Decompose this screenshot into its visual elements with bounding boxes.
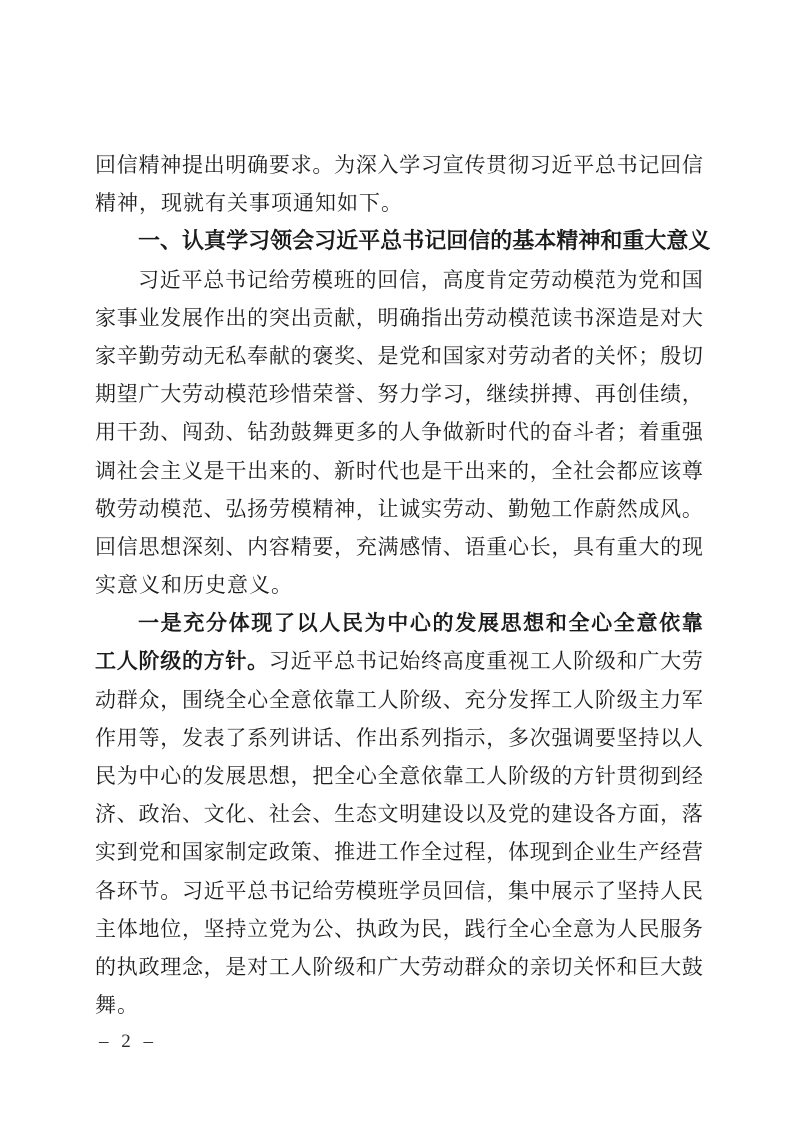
glyph: 容 [269,528,290,566]
glyph: 近 [551,146,572,184]
glyph: 劳 [443,490,464,528]
glyph: 模 [356,872,377,910]
glyph: 想 [269,757,290,795]
glyph: 动 [182,337,203,375]
glyph: 深 [356,146,377,184]
glyph: 舞 [312,413,333,451]
glyph: 是 [161,604,182,642]
glyph: 持 [638,719,659,757]
glyph: 、 [312,452,333,490]
glyph: 视 [508,642,529,680]
glyph: 是 [378,337,399,375]
glyph: 明 [225,146,246,184]
glyph: 新 [464,413,485,451]
glyph: 强 [682,413,703,451]
glyph: 佳 [638,375,659,413]
glyph: 会 [292,222,314,260]
glyph: 要 [269,146,290,184]
glyph: 务 [682,910,703,948]
glyph: 学 [399,872,420,910]
text-run: 精神，现就有关事项通知如下。 [95,191,403,215]
glyph: 心 [530,910,551,948]
glyph: 劳 [334,872,355,910]
glyph: 全 [334,757,355,795]
glyph: 辛 [117,337,138,375]
glyph: 奖 [334,337,355,375]
glyph: 持 [225,910,246,948]
glyph: 发 [182,719,203,757]
glyph: 领 [270,222,292,260]
glyph: 神 [160,146,181,184]
glyph: 事 [117,299,138,337]
glyph: 制 [225,833,246,871]
glyph: 全 [614,604,635,642]
glyph: 工 [551,681,572,719]
glyph: 业 [595,833,616,871]
glyph: 分 [486,681,507,719]
glyph: 到 [551,833,572,871]
glyph: 劲 [269,413,290,451]
glyph: 书 [225,261,246,299]
glyph: 家 [464,337,485,375]
glyph: 奋 [551,413,572,451]
glyph: 回 [446,222,468,260]
glyph: 意 [291,681,312,719]
glyph: ， [486,833,507,871]
glyph: 、 [356,375,377,413]
glyph: 了 [274,604,295,642]
glyph: 更 [334,413,355,451]
glyph: 明 [378,299,399,337]
glyph: 、 [486,490,507,528]
glyph: 人 [682,719,703,757]
glyph: 模 [160,490,181,528]
glyph: 坚 [204,910,225,948]
glyph: 然 [617,490,638,528]
glyph: 广 [638,642,659,680]
glyph: 终 [421,642,442,680]
text-line: 舞。 [95,986,703,1024]
glyph: 私 [225,337,246,375]
glyph: 阶 [508,757,529,795]
glyph: 关 [573,948,594,986]
glyph: 闯 [182,413,203,451]
glyph: ， [204,948,225,986]
glyph: 总 [595,146,616,184]
glyph: 度 [464,261,485,299]
glyph: 班 [334,261,355,299]
text-line: 期望广大劳动模范珍惜荣誉、努力学习，继续拼搏、再创佳绩， [95,375,703,413]
glyph: 和 [160,833,181,871]
text-line: 回信思想深刻、内容精要，充满感情、语重心长，具有重大的现 [95,528,703,566]
glyph: 文 [378,795,399,833]
glyph: 认 [182,222,204,260]
glyph: 、 [204,490,225,528]
glyph: 怀 [595,948,616,986]
glyph: 民 [95,757,116,795]
glyph: 平 [182,261,203,299]
glyph: 劳 [117,490,138,528]
glyph: 平 [358,222,380,260]
glyph: 习 [138,261,159,299]
glyph: 出 [443,299,464,337]
glyph: 人 [573,681,594,719]
glyph: ， [682,375,703,413]
glyph: 党 [269,910,290,948]
glyph: 用 [117,719,138,757]
glyph: 、 [160,413,181,451]
glyph: 本 [534,222,556,260]
glyph: 意 [666,222,688,260]
glyph: 平 [225,872,246,910]
glyph: ， [443,910,464,948]
glyph: 、 [443,681,464,719]
glyph: 到 [117,833,138,871]
glyph: 出 [204,146,225,184]
glyph: 家 [95,299,116,337]
glyph: 级 [160,642,181,680]
text-line: 主体地位，坚持立党为公、执政为民，践行全心全意为人民服务 [95,910,703,948]
glyph: 讲 [291,719,312,757]
glyph: 展 [478,604,499,642]
glyph: ， [660,795,681,833]
glyph: 主 [638,681,659,719]
glyph: 广 [378,948,399,986]
glyph: 应 [638,452,659,490]
glyph: 敬 [95,490,116,528]
glyph: 作 [573,490,594,528]
glyph: 社 [117,452,138,490]
glyph: 公 [312,910,333,948]
glyph: 重 [660,413,681,451]
glyph: 范 [247,375,268,413]
glyph: 阶 [573,642,594,680]
glyph: ； [617,413,638,451]
glyph: 充 [356,528,377,566]
glyph: 阶 [595,681,616,719]
glyph: 近 [204,872,225,910]
text-line: 回信精神提出明确要求。为深入学习宣传贯彻习近平总书记回信 [95,146,703,184]
glyph: 满 [378,528,399,566]
glyph: 政 [138,948,159,986]
glyph: 思 [138,528,159,566]
glyph: 。 [247,642,268,680]
glyph: 惜 [291,375,312,413]
glyph: 持 [638,872,659,910]
glyph: 策 [291,833,312,871]
glyph: 工 [269,948,290,986]
glyph: 总 [380,222,402,260]
glyph: 代 [378,452,399,490]
glyph: 重 [486,642,507,680]
glyph: 和 [546,604,567,642]
page-number: – 2 – [99,1031,157,1053]
text-line: 一、认真学习领会习近平总书记回信的基本精神和重大意义 [95,222,703,260]
glyph: 阶 [138,642,159,680]
glyph: 总 [247,872,268,910]
glyph: 产 [638,833,659,871]
glyph: 业 [138,299,159,337]
glyph: 学 [226,222,248,260]
glyph: 充 [183,604,204,642]
glyph: 的 [182,642,203,680]
glyph: 大 [399,948,420,986]
glyph: 中 [138,757,159,795]
glyph: 为 [617,261,638,299]
glyph: 劳 [182,375,203,413]
glyph: 力 [660,681,681,719]
glyph: 都 [617,452,638,490]
text-line: 工人阶级的方针。习近平总书记始终高度重视工人阶级和广大劳 [95,642,703,680]
glyph: 书 [356,642,377,680]
glyph: 展 [225,757,246,795]
glyph: 执 [117,948,138,986]
glyph: 政 [138,795,159,833]
glyph: 高 [443,261,464,299]
glyph: 的 [247,299,268,337]
glyph: 以 [660,719,681,757]
glyph: 要 [312,528,333,566]
glyph: 精 [291,528,312,566]
glyph: 表 [204,719,225,757]
glyph: 人 [486,757,507,795]
glyph: 念 [182,948,203,986]
glyph: 。 [312,146,333,184]
glyph: 的 [530,795,551,833]
glyph: 群 [117,681,138,719]
glyph: ， [160,681,181,719]
text-line: 济、政治、文化、社会、生态文明建设以及党的建设各方面，落 [95,795,703,833]
glyph: 大 [682,299,703,337]
glyph: 建 [421,795,442,833]
text-line: 敬劳动模范、弘扬劳模精神，让诚实劳动、勤勉工作蔚然成风。 [95,490,703,528]
glyph: 褒 [312,337,333,375]
glyph: 感 [399,528,420,566]
glyph: 位 [160,910,181,948]
glyph: 工 [378,833,399,871]
glyph: 力 [399,375,420,413]
glyph: 和 [617,642,638,680]
glyph: 方 [204,642,225,680]
glyph: 全 [378,757,399,795]
glyph: 级 [617,681,638,719]
glyph: 各 [95,872,116,910]
glyph: 地 [138,910,159,948]
document-body: 回信精神提出明确要求。为深入学习宣传贯彻习近平总书记回信精神，现就有关事项通知如… [95,146,703,1024]
glyph: 来 [269,452,290,490]
glyph: 家 [204,833,225,871]
glyph: 义 [688,222,710,260]
glyph: 以 [464,795,485,833]
glyph: 诚 [399,490,420,528]
glyph: 献 [269,337,290,375]
glyph: 民 [638,910,659,948]
glyph: 全 [508,910,529,948]
glyph: 济 [95,795,116,833]
glyph: 出 [378,719,399,757]
glyph: 文 [204,795,225,833]
glyph: 突 [269,299,290,337]
glyph: 列 [421,719,442,757]
glyph: 体 [229,604,250,642]
glyph: 群 [464,948,485,986]
glyph: 来 [486,452,507,490]
glyph: 记 [638,146,659,184]
glyph: 、 [182,795,203,833]
glyph: 给 [269,261,290,299]
glyph: 情 [421,528,442,566]
glyph: 、 [117,795,138,833]
glyph: 范 [530,299,551,337]
glyph: 依 [659,604,680,642]
glyph: 营 [682,833,703,871]
glyph: 民 [682,872,703,910]
glyph: 、 [334,719,355,757]
glyph: 了 [595,872,616,910]
glyph: ， [334,528,355,566]
glyph: 勉 [530,490,551,528]
glyph: 会 [138,452,159,490]
glyph: 会 [291,795,312,833]
glyph: 的 [95,948,116,986]
glyph: 全 [568,604,589,642]
glyph: 落 [682,795,703,833]
glyph: 心 [591,604,612,642]
glyph: 鼓 [682,948,703,986]
glyph: 。 [682,490,703,528]
glyph: 是 [204,452,225,490]
glyph: 无 [204,337,225,375]
glyph: 各 [595,795,616,833]
glyph: 内 [247,528,268,566]
glyph: 工 [95,642,116,680]
glyph: 为 [399,910,420,948]
glyph: 代 [508,413,529,451]
glyph: 指 [443,719,464,757]
glyph: 近 [291,642,312,680]
glyph: 的 [291,452,312,490]
glyph: 彻 [638,757,659,795]
glyph: 生 [617,833,638,871]
glyph: 确 [399,299,420,337]
glyph: 系 [399,719,420,757]
glyph: 心 [508,528,529,566]
glyph: 贯 [617,757,638,795]
glyph: 度 [464,642,485,680]
glyph: 体 [117,910,138,948]
glyph: 动 [204,375,225,413]
glyph: 劳 [421,948,442,986]
glyph: 总 [334,642,355,680]
glyph: ， [182,910,203,948]
glyph: 、 [225,528,246,566]
glyph: 全 [225,681,246,719]
glyph: 军 [682,681,703,719]
glyph: 和 [660,261,681,299]
glyph: 的 [508,948,529,986]
glyph: 基 [512,222,534,260]
glyph: 信 [682,146,703,184]
glyph: 人 [319,604,340,642]
glyph: 该 [660,452,681,490]
glyph: 回 [660,146,681,184]
glyph: 民 [342,604,363,642]
glyph: 为 [117,757,138,795]
glyph: 示 [573,872,594,910]
glyph: 习 [443,375,464,413]
text-line: 作用等，发表了系列讲话、作出系列指示，多次强调要坚持以人 [95,719,703,757]
glyph: 风 [660,490,681,528]
glyph: 的 [530,413,551,451]
glyph: 读 [551,299,572,337]
glyph: 信 [468,222,490,260]
glyph: 多 [508,719,529,757]
glyph: ， [464,375,485,413]
glyph: 全 [421,833,442,871]
glyph: 展 [182,299,203,337]
glyph: 立 [247,910,268,948]
glyph: 调 [573,719,594,757]
glyph: 社 [269,795,290,833]
glyph: 社 [573,452,594,490]
glyph: 了 [225,719,246,757]
glyph: 记 [378,642,399,680]
glyph: 期 [95,375,116,413]
glyph: 众 [138,681,159,719]
text-line: 一是充分体现了以人民为中心的发展思想和全心全意依靠 [95,604,703,642]
glyph: 依 [312,681,333,719]
glyph: 党 [138,833,159,871]
glyph: 为 [365,604,386,642]
glyph: ， [551,528,572,566]
text-line: 民为中心的发展思想，把全心全意依靠工人阶级的方针贯彻到经 [95,757,703,795]
glyph: 级 [595,642,616,680]
glyph: 定 [508,261,529,299]
glyph: 劳 [682,642,703,680]
glyph: 习 [182,872,203,910]
glyph: 干 [443,452,464,490]
glyph: 服 [660,910,681,948]
glyph: 切 [682,337,703,375]
glyph: 书 [573,299,594,337]
glyph: 习 [314,222,336,260]
glyph: 出 [225,299,246,337]
glyph: 民 [421,910,442,948]
glyph: 长 [530,528,551,566]
glyph: 动 [551,261,572,299]
glyph: 誉 [334,375,355,413]
glyph: 的 [508,452,529,490]
glyph: 对 [486,337,507,375]
glyph: 思 [247,757,268,795]
glyph: 家 [95,337,116,375]
glyph: 主 [160,452,181,490]
glyph: ， [356,490,377,528]
text-line: 各环节。习近平总书记给劳模班学员回信，集中展示了坚持人民 [95,872,703,910]
glyph: 大 [160,375,181,413]
glyph: 的 [660,528,681,566]
glyph: 针 [595,757,616,795]
text-run: 实意义和历史意义。 [95,573,293,597]
glyph: 奉 [247,337,268,375]
glyph: 续 [508,375,529,413]
glyph: ， [486,872,507,910]
glyph: 模 [291,490,312,528]
text-run: 舞。 [95,993,139,1017]
glyph: 学 [399,146,420,184]
glyph: 高 [443,642,464,680]
glyph: 心 [410,604,431,642]
